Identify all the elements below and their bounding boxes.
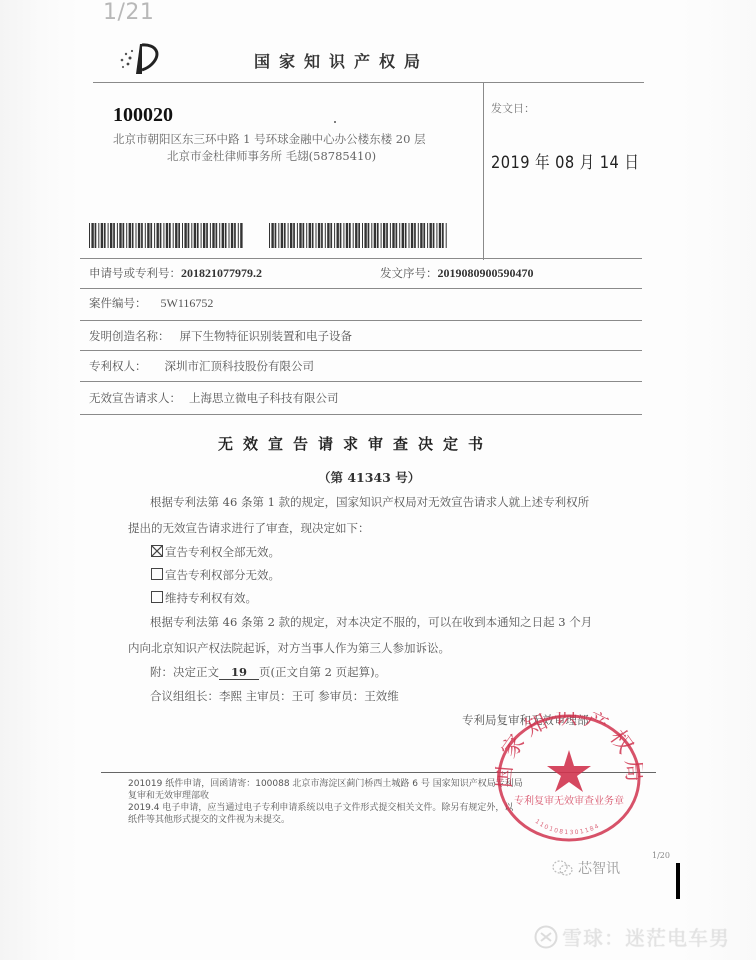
field-label: 案件编号： (89, 296, 147, 310)
option-checkbox-maintain (151, 591, 163, 603)
wechat-logo-icon (551, 859, 575, 877)
field-value: 5W116752 (161, 296, 214, 310)
barcode (269, 223, 449, 248)
attachment-prefix: 附：决定正文 (150, 665, 219, 679)
row-divider (80, 414, 642, 415)
row-divider (80, 381, 642, 382)
field-label: 专利权人： (89, 359, 147, 373)
svg-text:专利复审无效审查业务章: 专利复审无效审查业务章 (514, 794, 624, 807)
recipient-postcode: 100020 (113, 104, 173, 127)
official-seal-icon: 国家知识产权局 专利复审无效审查业务章 1101081301184 (495, 712, 643, 844)
panel-members: 合议组组长：李熙 主审员：王可 参审员：王效维 (150, 688, 399, 704)
page-counter: 1/21 (103, 0, 154, 25)
option-label: 宣告专利权部分无效。 (165, 567, 280, 583)
option-checkbox-invalid-partial (151, 568, 163, 580)
attachment-note: 附：决定正文19页(正文自第 2 页起算)。 (150, 664, 386, 680)
field-value: 201821077979.2 (181, 266, 262, 280)
cnipa-logo-icon (116, 40, 166, 76)
footer-line: 纸件等其他形式提交的文件视为未提交。 (128, 814, 523, 826)
text-cursor (676, 863, 680, 899)
appeal-paragraph: 内向北京知识产权法院起诉，对方当事人作为第三人参加诉讼。 (128, 640, 450, 656)
recipient-address: 北京市朝阳区东三环中路 1 号环球金融中心办公楼东楼 20 层 (113, 131, 426, 147)
field-label: 发文序号： (380, 266, 438, 280)
field-value: 屏下生物特征识别装置和电子设备 (180, 329, 353, 343)
patentee-field: 专利权人：深圳市汇顶科技股份有限公司 (89, 358, 314, 374)
appeal-paragraph: 根据专利法第 46 条第 2 款的规定，对本决定不服的，可以在收到本通知之日起 … (150, 614, 592, 630)
footer-line: 201019 纸件申请，回函请寄：100088 北京市海淀区蓟门桥西土城路 6 … (128, 778, 523, 790)
row-divider (80, 288, 642, 289)
field-label: 无效宣告请求人： (89, 391, 181, 405)
speck (334, 121, 336, 123)
source-page-number: 1/20 (652, 851, 670, 860)
application-number-field: 申请号或专利号：201821077979.2 (89, 265, 262, 281)
attachment-suffix: 页(正文自第 2 页起算)。 (259, 665, 386, 679)
option-label: 维持专利权有效。 (165, 590, 257, 606)
petitioner-field: 无效宣告请求人：上海思立微电子科技有限公司 (89, 390, 339, 406)
svg-text:1101081301184: 1101081301184 (534, 818, 602, 836)
decision-paragraph: 根据专利法第 46 条第 1 款的规定，国家知识产权局对无效宣告请求人就上述专利… (150, 494, 589, 510)
platform-watermark: 雪球：迷茫电车男 (562, 922, 730, 951)
option-checkbox-invalid-all (151, 545, 163, 557)
recipient-firm: 北京市金杜律师事务所 毛翃(58785410) (167, 148, 376, 164)
field-label: 发明创造名称： (89, 329, 170, 343)
header-divider (93, 82, 644, 83)
footer-line: 复审和无效审理部收 (128, 790, 523, 802)
row-divider (80, 258, 642, 259)
date-column-divider (483, 82, 484, 260)
agency-name: 国家知识产权局 (254, 49, 429, 72)
footer-notes: 201019 纸件申请，回函请寄：100088 北京市海淀区蓟门桥西土城路 6 … (128, 778, 523, 826)
serial-number-field: 发文序号：2019080900590470 (380, 265, 534, 281)
option-label: 宣告专利权全部无效。 (165, 544, 280, 560)
attachment-page-count: 19 (219, 665, 259, 680)
field-value: 上海思立微电子科技有限公司 (189, 391, 339, 405)
issue-date-label: 发文日： (491, 100, 535, 116)
field-label: 申请号或专利号： (89, 266, 181, 280)
row-divider (80, 350, 642, 351)
xueqiu-logo-icon (534, 925, 558, 949)
issue-date: 2019 年 08 月 14 日 (491, 148, 639, 173)
footer-line: 2019.4 电子申请，应当通过电子专利申请系统以电子文件形式提交相关文件。除另… (128, 802, 523, 814)
decision-title: 无效宣告请求审查决定书 (218, 433, 493, 454)
field-value: 深圳市汇顶科技股份有限公司 (165, 359, 315, 373)
decision-paragraph: 提出的无效宣告请求进行了审查，现决定如下： (128, 520, 370, 536)
row-divider (80, 320, 642, 321)
barcode (89, 223, 244, 248)
source-watermark: 芯智讯 (578, 858, 620, 878)
case-number-field: 案件编号：5W116752 (89, 295, 213, 311)
field-value: 2019080900590470 (438, 266, 534, 280)
invention-title-field: 发明创造名称：屏下生物特征识别装置和电子设备 (89, 328, 352, 344)
decision-number: （第 41343 号） (318, 468, 420, 486)
